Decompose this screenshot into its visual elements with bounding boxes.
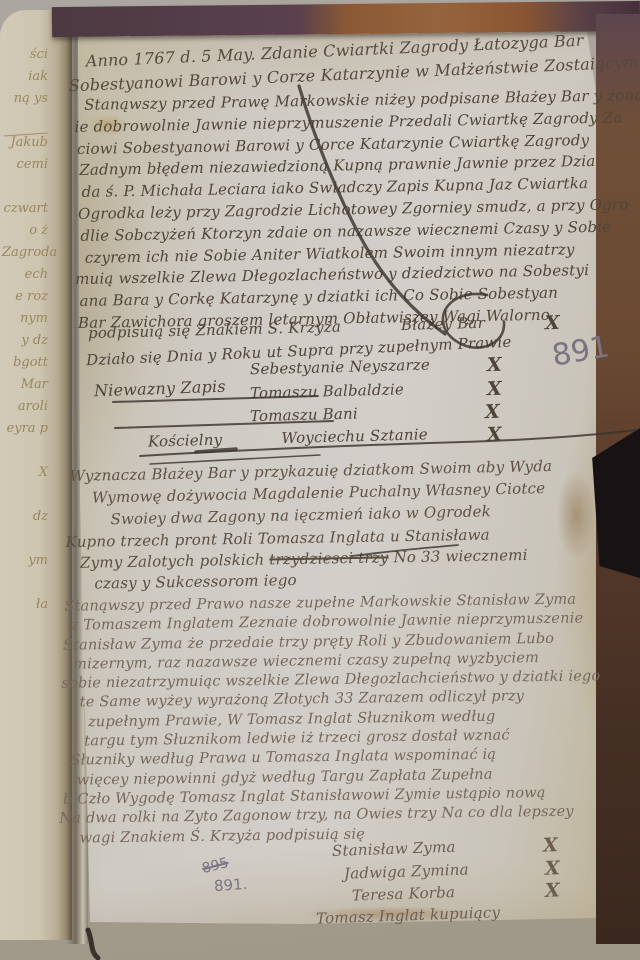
signature-name: Stanisław Zyma bbox=[332, 838, 456, 864]
fragment: cemi bbox=[2, 154, 48, 176]
facing-page-text-fragments: ści iak ną ys Jakub cemi czwart o ż Zagr… bbox=[2, 44, 48, 616]
cross-mark: X bbox=[545, 312, 561, 334]
fragment: ech bbox=[2, 264, 48, 286]
fragment: o ż bbox=[2, 220, 48, 242]
fragment: nym bbox=[2, 308, 48, 330]
cross-mark: X bbox=[543, 834, 559, 857]
bequest-clause: Wyznacza Błażey Bar y przykazuię dziatko… bbox=[69, 455, 553, 531]
fragment: bgott bbox=[2, 352, 48, 374]
witness-name: Sebestyanie Neyszarze bbox=[250, 356, 431, 383]
fragment: ła bbox=[2, 594, 48, 616]
fragment: ści bbox=[2, 44, 48, 66]
struck-amount: trzydziesci trzy bbox=[269, 548, 388, 568]
fragment bbox=[2, 110, 48, 132]
witness-name: Woyciechu Sztanie bbox=[281, 425, 428, 451]
fragment: dz bbox=[2, 506, 48, 528]
fragment: Zagroda bbox=[2, 242, 48, 264]
cross-mark: X bbox=[487, 423, 503, 445]
fragment bbox=[2, 440, 48, 462]
fragment: czwart bbox=[2, 198, 48, 220]
fragment: Mar bbox=[2, 374, 48, 396]
fragment: y dz bbox=[2, 330, 48, 352]
cross-mark: X bbox=[487, 354, 503, 376]
witness-prefix: Kościelny bbox=[148, 431, 223, 455]
fragment bbox=[2, 528, 48, 550]
cross-mark: X bbox=[545, 879, 561, 902]
fragment bbox=[2, 176, 48, 198]
fragment bbox=[2, 484, 48, 506]
entry1-body: Stanąwszy przed Prawę Markowskie niżey p… bbox=[78, 85, 640, 335]
fragment: ną ys bbox=[2, 88, 48, 110]
manuscript-photo: ści iak ną ys Jakub cemi czwart o ż Zagr… bbox=[0, 0, 640, 960]
heading2-post: No 33 wiecznemi bbox=[388, 546, 527, 566]
fragment: eyra p bbox=[2, 418, 48, 440]
fragment: Jakub bbox=[2, 132, 48, 154]
fragment: aroli bbox=[2, 396, 48, 418]
fragment: iak bbox=[2, 66, 48, 88]
heading2-pre: Zymy Zalotych polskich bbox=[80, 550, 270, 571]
cross-mark: X bbox=[485, 401, 501, 423]
fragment: ym bbox=[2, 550, 48, 572]
page-number-corrected: 891. bbox=[213, 875, 248, 895]
witness-name: Tomaszu Bani bbox=[250, 404, 358, 429]
fragment: X bbox=[2, 462, 48, 484]
cross-mark: X bbox=[545, 857, 561, 880]
fragment: e roz bbox=[2, 286, 48, 308]
fragment bbox=[2, 572, 48, 594]
witness-name: Tomaszu Balbaldzie bbox=[250, 380, 404, 406]
entry2-body: Stanąwszy przed Prawo nasze zupełne Mark… bbox=[60, 590, 602, 848]
entry2-heading: Kupno trzech pront Roli Tomasza Inglata … bbox=[65, 524, 528, 595]
facing-page-edge: ści iak ną ys Jakub cemi czwart o ż Zagr… bbox=[0, 10, 72, 940]
cross-mark: X bbox=[487, 378, 503, 400]
